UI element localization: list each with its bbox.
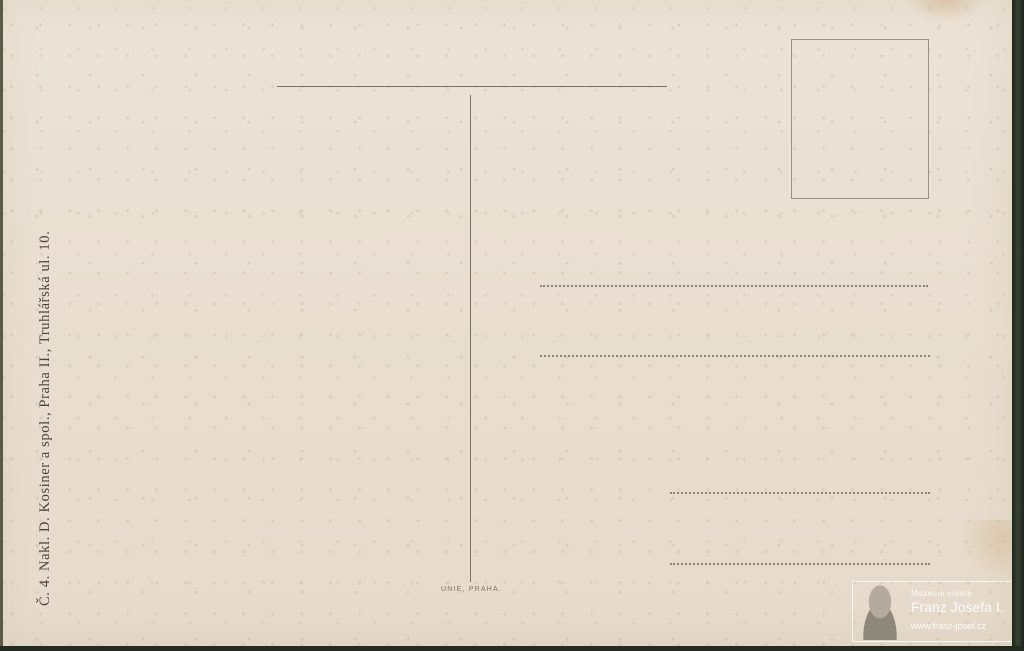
watermark-line-2: Franz Josefa I. bbox=[911, 599, 1004, 615]
card-edge-right bbox=[1012, 0, 1024, 651]
stamp-box bbox=[791, 39, 929, 199]
paper-stain bbox=[905, 0, 985, 22]
museum-watermark: Muzeum císaře Franz Josefa I. www.franz-… bbox=[852, 581, 1014, 642]
publisher-imprint: Č. 4. Nakl. D. Kosiner a spol., Praha II… bbox=[37, 231, 54, 606]
portrait-icon bbox=[854, 584, 906, 640]
printer-mark: UNIE, PRAHA. bbox=[441, 586, 502, 593]
vertical-divider bbox=[470, 95, 471, 582]
card-edge-bottom bbox=[0, 646, 1024, 651]
paper-stain bbox=[960, 520, 1012, 580]
watermark-line-1: Muzeum císaře bbox=[911, 589, 972, 598]
card-edge-left bbox=[0, 0, 3, 651]
address-line-3 bbox=[670, 492, 930, 494]
horizontal-divider bbox=[277, 86, 667, 87]
watermark-url: www.franz-josef.cz bbox=[911, 621, 986, 631]
address-line-2 bbox=[540, 355, 930, 357]
address-line-1 bbox=[540, 285, 928, 287]
address-line-4 bbox=[670, 563, 930, 565]
postcard-back: Č. 4. Nakl. D. Kosiner a spol., Praha II… bbox=[0, 0, 1012, 646]
